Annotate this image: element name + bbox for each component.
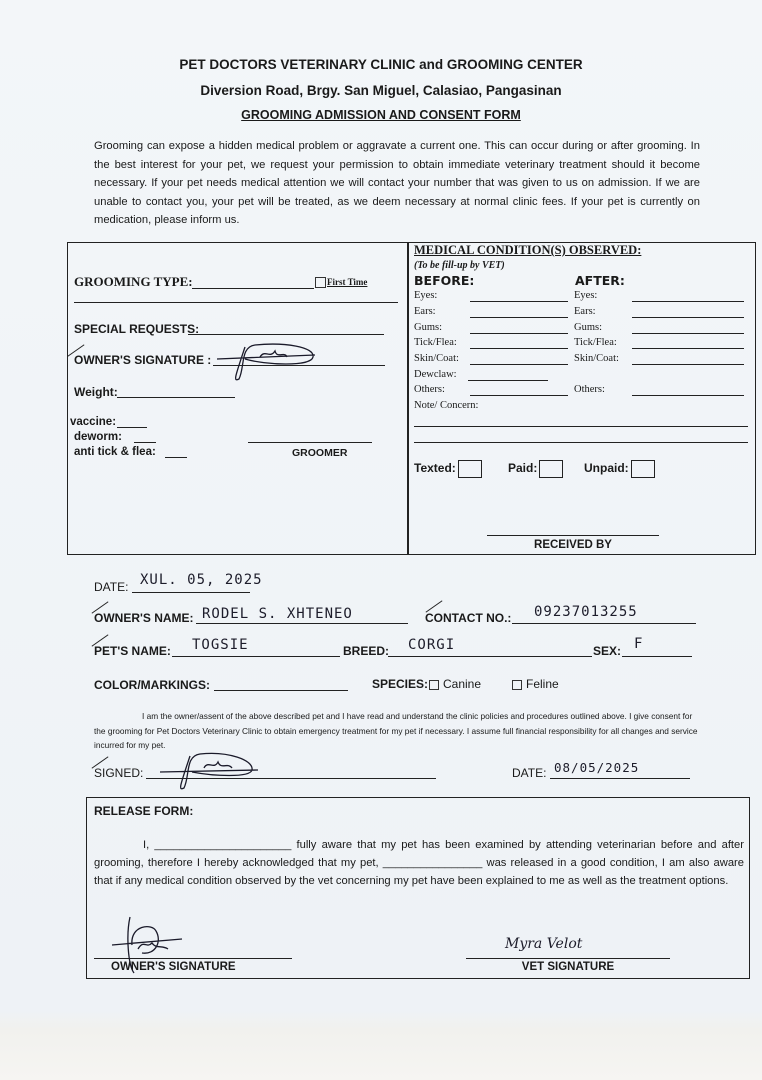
paid-checkbox[interactable] bbox=[539, 460, 563, 478]
feline-checkbox[interactable] bbox=[512, 680, 522, 690]
special-requests-field[interactable] bbox=[188, 334, 384, 335]
after-field-input[interactable] bbox=[632, 348, 744, 349]
note-line-1[interactable] bbox=[414, 426, 748, 427]
before-field-label: Others: bbox=[414, 384, 445, 395]
before-field-input[interactable] bbox=[470, 333, 568, 334]
after-field-input[interactable] bbox=[632, 317, 744, 318]
note-concern-label: Note/ Concern: bbox=[414, 400, 478, 411]
before-field-input[interactable] bbox=[470, 348, 568, 349]
texted-option[interactable]: Texted: bbox=[414, 460, 482, 478]
after-field-label: Eyes: bbox=[574, 290, 597, 301]
medical-subtitle: (To be fill-up by VET) bbox=[414, 260, 505, 271]
after-field-input[interactable] bbox=[632, 333, 744, 334]
after-field-input[interactable] bbox=[632, 364, 744, 365]
weight-label: Weight: bbox=[74, 385, 118, 399]
grooming-type-field[interactable] bbox=[192, 288, 314, 289]
after-field-label: Skin/Coat: bbox=[574, 353, 619, 364]
after-field-label: Tick/Flea: bbox=[574, 337, 617, 348]
contact-label: CONTACT NO.: bbox=[425, 611, 511, 625]
weight-field[interactable] bbox=[117, 397, 235, 398]
vet-signature-field[interactable] bbox=[466, 958, 670, 959]
texted-label: Texted: bbox=[414, 461, 456, 475]
before-field-label: Ears: bbox=[414, 306, 436, 317]
deworm-label: deworm: bbox=[74, 431, 122, 443]
color-markings-field[interactable] bbox=[214, 690, 348, 691]
clinic-name: PET DOCTORS VETERINARY CLINIC and GROOMI… bbox=[0, 57, 762, 72]
pet-name-value: TOGSIE bbox=[192, 637, 249, 653]
canine-checkbox[interactable] bbox=[429, 680, 439, 690]
species-label: SPECIES: bbox=[372, 677, 428, 691]
intro-paragraph: Grooming can expose a hidden medical pro… bbox=[94, 137, 700, 230]
first-time-checkbox[interactable] bbox=[315, 277, 326, 288]
after-label: AFTER: bbox=[575, 273, 625, 288]
anti-tick-flea-label: anti tick & flea: bbox=[74, 446, 156, 458]
before-field-label: Skin/Coat: bbox=[414, 353, 459, 364]
before-field-input[interactable] bbox=[470, 317, 568, 318]
texted-checkbox[interactable] bbox=[458, 460, 482, 478]
special-requests-label: SPECIAL REQUESTS: bbox=[74, 322, 199, 336]
before-field-label: Tick/Flea: bbox=[414, 337, 457, 348]
vaccine-field[interactable] bbox=[117, 427, 147, 428]
medical-title: MEDICAL CONDITION(S) OBSERVED: bbox=[414, 243, 641, 258]
form-title: GROOMING ADMISSION AND CONSENT FORM bbox=[0, 108, 762, 122]
before-field-input[interactable] bbox=[470, 364, 568, 365]
date-field[interactable] bbox=[132, 592, 250, 593]
after-field-input[interactable] bbox=[632, 301, 744, 302]
owner-signature-label: OWNER'S SIGNATURE : bbox=[74, 353, 211, 367]
breed-label: BREED: bbox=[343, 644, 389, 658]
before-field-input[interactable] bbox=[470, 395, 568, 396]
sex-label: SEX: bbox=[593, 644, 621, 658]
date-value: XUL. 05, 2025 bbox=[140, 572, 263, 588]
vet-signature-value: Myra Velot bbox=[505, 936, 582, 952]
after-field-label: Others: bbox=[574, 384, 605, 395]
species-canine-option[interactable]: Canine bbox=[429, 677, 481, 691]
contact-value: 09237013255 bbox=[534, 604, 638, 620]
after-field-input[interactable] bbox=[632, 395, 744, 396]
sex-value: F bbox=[634, 636, 643, 652]
before-field-label: Eyes: bbox=[414, 290, 437, 301]
breed-value: CORGI bbox=[408, 637, 455, 653]
received-by-field[interactable] bbox=[487, 535, 659, 536]
paid-label: Paid: bbox=[508, 461, 537, 475]
anti-tick-flea-field[interactable] bbox=[165, 457, 187, 458]
paid-option[interactable]: Paid: bbox=[508, 460, 563, 478]
species-feline-option[interactable]: Feline bbox=[512, 677, 559, 691]
before-field-input[interactable] bbox=[470, 301, 568, 302]
grooming-type-label: GROOMING TYPE: bbox=[74, 274, 193, 290]
grooming-type-extra-line[interactable] bbox=[74, 302, 398, 303]
vaccine-label: vaccine: bbox=[70, 416, 116, 428]
before-field-label: Gums: bbox=[414, 322, 442, 333]
pet-name-field[interactable] bbox=[172, 656, 340, 657]
consent-signature-scribble bbox=[158, 746, 268, 796]
received-by-label: RECEIVED BY bbox=[487, 539, 659, 551]
release-owner-signature-label: OWNER'S SIGNATURE bbox=[111, 961, 236, 973]
owner-name-field[interactable] bbox=[196, 623, 408, 624]
contact-field[interactable] bbox=[512, 623, 696, 624]
owner-name-label: OWNER'S NAME: bbox=[94, 611, 194, 625]
before-field-input[interactable] bbox=[468, 380, 548, 381]
note-line-2[interactable] bbox=[414, 442, 748, 443]
color-markings-label: COLOR/MARKINGS: bbox=[94, 678, 210, 692]
after-field-label: Gums: bbox=[574, 322, 602, 333]
sex-field[interactable] bbox=[622, 656, 692, 657]
owner-name-value: RODEL S. XHTENEO bbox=[202, 606, 353, 622]
release-form-title: RELEASE FORM: bbox=[94, 804, 193, 818]
before-label: BEFORE: bbox=[414, 273, 474, 288]
groomer-label: GROOMER bbox=[292, 447, 347, 459]
after-field-label: Ears: bbox=[574, 306, 596, 317]
first-time-option[interactable]: First Time bbox=[315, 277, 367, 288]
breed-field[interactable] bbox=[388, 656, 592, 657]
canine-label: Canine bbox=[443, 677, 481, 691]
consent-date-field[interactable] bbox=[550, 778, 690, 779]
date-label: DATE: bbox=[94, 580, 128, 594]
consent-date-label: DATE: bbox=[512, 766, 546, 780]
unpaid-label: Unpaid: bbox=[584, 461, 629, 475]
before-field-label: Dewclaw: bbox=[414, 369, 457, 380]
vet-signature-label: VET SIGNATURE bbox=[466, 961, 670, 973]
unpaid-option[interactable]: Unpaid: bbox=[584, 460, 655, 478]
deworm-field[interactable] bbox=[134, 442, 156, 443]
box-divider bbox=[407, 243, 409, 554]
signed-label: SIGNED: bbox=[94, 766, 143, 780]
consent-date-value: 08/05/2025 bbox=[554, 760, 639, 775]
release-text: I, ______________________ fully aware th… bbox=[94, 836, 744, 890]
clinic-address: Diversion Road, Brgy. San Miguel, Calasi… bbox=[0, 83, 762, 98]
groomer-signature-field[interactable] bbox=[248, 442, 372, 443]
feline-label: Feline bbox=[526, 677, 559, 691]
unpaid-checkbox[interactable] bbox=[631, 460, 655, 478]
pet-name-label: PET'S NAME: bbox=[94, 644, 171, 658]
owner-signature-scribble bbox=[215, 337, 325, 387]
first-time-label: First Time bbox=[327, 277, 367, 287]
